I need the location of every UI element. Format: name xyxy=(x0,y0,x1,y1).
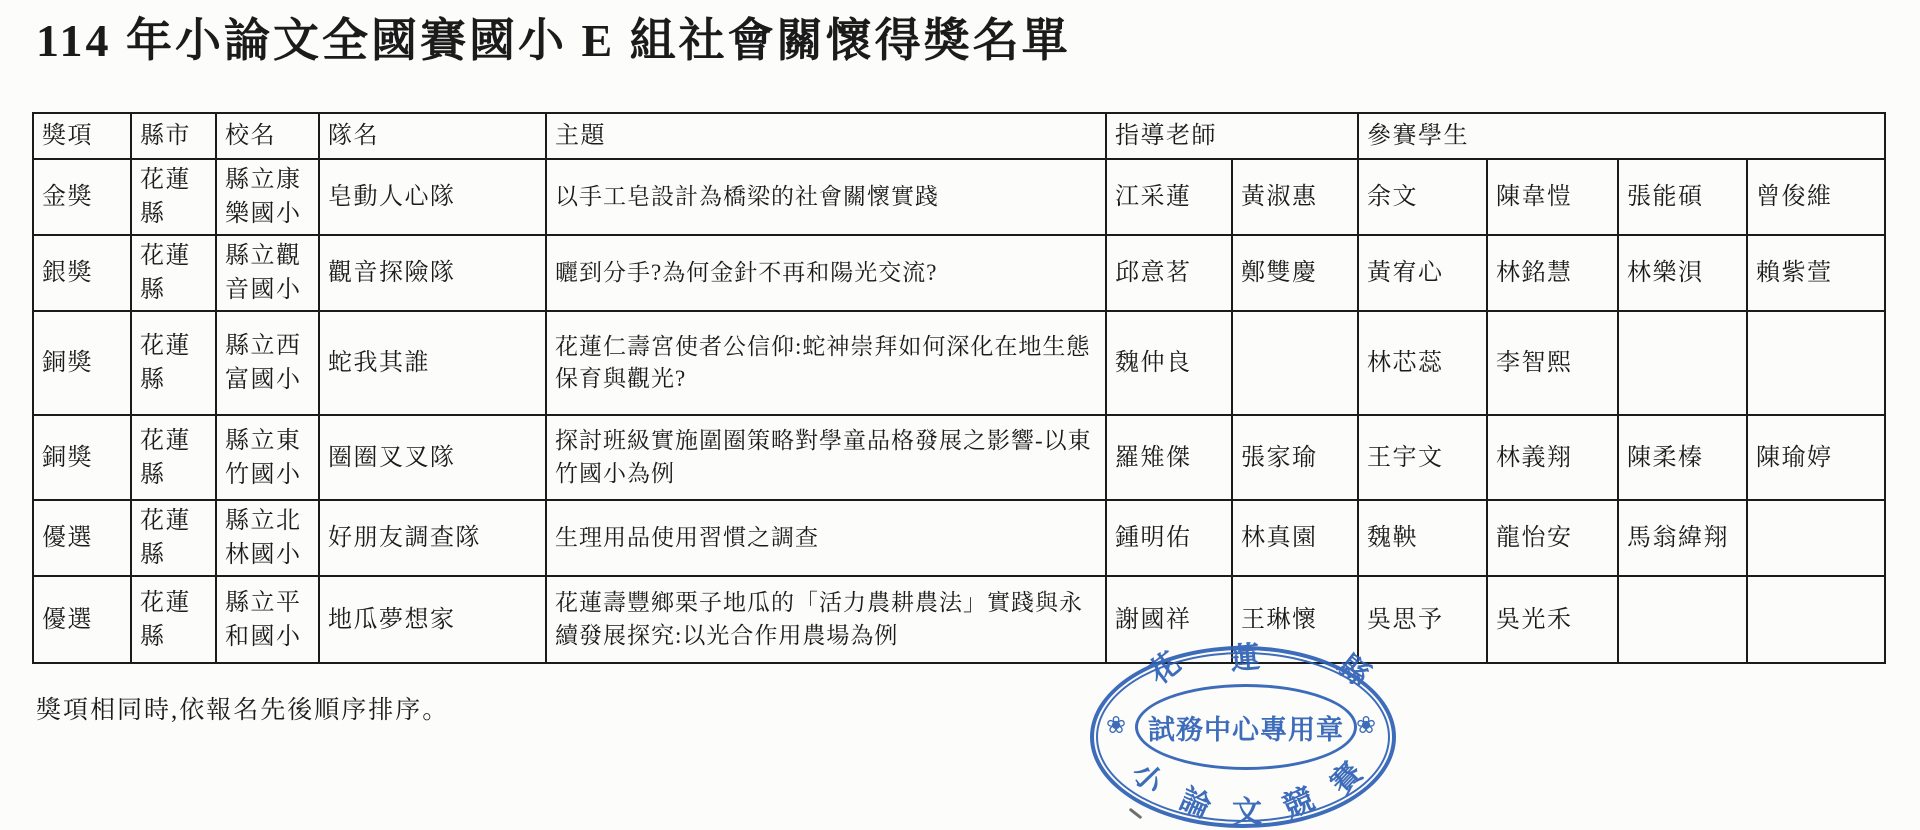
cell-school: 縣立康樂國小 xyxy=(216,159,319,235)
cell-school: 縣立平和國小 xyxy=(216,576,319,663)
stamp-arc-top-char-2: 蓮 xyxy=(1229,643,1262,676)
cell-county: 花蓮縣 xyxy=(131,235,216,311)
table-row: 銅獎 花蓮縣 縣立西富國小 蛇我其誰 花蓮仁壽宮使者公信仰:蛇神崇拜如何深化在地… xyxy=(33,311,1885,415)
official-stamp: 花 蓮 縣 ❀ ❀ 試務中心專用章 小 論 文 競 賽 xyxy=(1090,646,1396,828)
cell-county: 花蓮縣 xyxy=(131,311,216,415)
flower-icon: ❀ xyxy=(1106,714,1126,738)
cell-student-4: 陳瑜婷 xyxy=(1747,415,1885,500)
sorting-footnote: 獎項相同時,依報名先後順序排序。 xyxy=(36,690,449,726)
scanned-document-page: 114 年小論文全國賽國小 E 組社會關懷得獎名單 獎項 縣市 校名 隊名 主題… xyxy=(0,0,1920,830)
flower-icon: ❀ xyxy=(1356,714,1376,738)
table-row: 優選 花蓮縣 縣立平和國小 地瓜夢想家 花蓮壽豐鄉栗子地瓜的「活力農耕農法」實踐… xyxy=(33,576,1885,663)
cell-county: 花蓮縣 xyxy=(131,500,216,576)
cell-county: 花蓮縣 xyxy=(131,415,216,500)
cell-team: 圈圈叉叉隊 xyxy=(319,415,546,500)
table-row: 銀獎 花蓮縣 縣立觀音國小 觀音探險隊 曬到分手?為何金針不再和陽光交流? 邱意… xyxy=(33,235,1885,311)
cell-student-2: 吳光禾 xyxy=(1487,576,1618,663)
cell-teacher-1: 邱意茗 xyxy=(1106,235,1232,311)
cell-school: 縣立北林國小 xyxy=(216,500,319,576)
cell-award: 銅獎 xyxy=(33,415,131,500)
cell-topic: 生理用品使用習慣之調查 xyxy=(546,500,1106,576)
cell-award: 銀獎 xyxy=(33,235,131,311)
cell-county: 花蓮縣 xyxy=(131,576,216,663)
cell-student-2: 龍怡安 xyxy=(1487,500,1618,576)
cell-student-1: 王宇文 xyxy=(1358,415,1487,500)
cell-award: 金獎 xyxy=(33,159,131,235)
cell-teacher-1: 羅雉傑 xyxy=(1106,415,1232,500)
cell-student-2: 李智熙 xyxy=(1487,311,1618,415)
cell-student-2: 陳韋愷 xyxy=(1487,159,1618,235)
table-row: 優選 花蓮縣 縣立北林國小 好朋友調查隊 生理用品使用習慣之調查 鍾明佑 林真園… xyxy=(33,500,1885,576)
cell-teacher-2 xyxy=(1232,311,1358,415)
header-students: 參賽學生 xyxy=(1358,113,1885,159)
table-header-row: 獎項 縣市 校名 隊名 主題 指導老師 參賽學生 xyxy=(33,113,1885,159)
table-row: 銅獎 花蓮縣 縣立東竹國小 圈圈叉叉隊 探討班級實施圍圈策略對學童品格發展之影響… xyxy=(33,415,1885,500)
cell-team: 皂動人心隊 xyxy=(319,159,546,235)
cell-award: 優選 xyxy=(33,500,131,576)
cell-school: 縣立西富國小 xyxy=(216,311,319,415)
header-topic: 主題 xyxy=(546,113,1106,159)
cell-teacher-2: 鄭雙慶 xyxy=(1232,235,1358,311)
cell-team: 蛇我其誰 xyxy=(319,311,546,415)
cell-student-4 xyxy=(1747,311,1885,415)
cell-school: 縣立東竹國小 xyxy=(216,415,319,500)
page-title: 114 年小論文全國賽國小 E 組社會關懷得獎名單 xyxy=(36,4,1071,70)
cell-topic: 以手工皂設計為橋梁的社會關懷實踐 xyxy=(546,159,1106,235)
cell-student-4 xyxy=(1747,500,1885,576)
cell-student-3: 林樂浿 xyxy=(1618,235,1747,311)
cell-team: 觀音探險隊 xyxy=(319,235,546,311)
cell-student-4: 曾俊維 xyxy=(1747,159,1885,235)
cell-teacher-2: 林真園 xyxy=(1232,500,1358,576)
cell-student-1: 魏鞅 xyxy=(1358,500,1487,576)
header-award: 獎項 xyxy=(33,113,131,159)
cell-team: 好朋友調查隊 xyxy=(319,500,546,576)
cell-award: 銅獎 xyxy=(33,311,131,415)
cell-student-3 xyxy=(1618,311,1747,415)
cell-student-4 xyxy=(1747,576,1885,663)
cell-student-3: 馬翁緯翔 xyxy=(1618,500,1747,576)
stamp-center-oval: 試務中心專用章 xyxy=(1135,684,1357,770)
cell-teacher-1: 江采蓮 xyxy=(1106,159,1232,235)
cell-student-1: 林芯蕊 xyxy=(1358,311,1487,415)
header-county: 縣市 xyxy=(131,113,216,159)
cell-student-3: 張能碩 xyxy=(1618,159,1747,235)
cell-student-1: 余文 xyxy=(1358,159,1487,235)
cell-topic: 探討班級實施圍圈策略對學童品格發展之影響-以東竹國小為例 xyxy=(546,415,1106,500)
cell-topic: 曬到分手?為何金針不再和陽光交流? xyxy=(546,235,1106,311)
cell-teacher-2: 張家瑜 xyxy=(1232,415,1358,500)
cell-team: 地瓜夢想家 xyxy=(319,576,546,663)
cell-topic: 花蓮壽豐鄉栗子地瓜的「活力農耕農法」實踐與永續發展探究:以光合作用農場為例 xyxy=(546,576,1106,663)
cell-topic: 花蓮仁壽宮使者公信仰:蛇神崇拜如何深化在地生態保育與觀光? xyxy=(546,311,1106,415)
cell-teacher-1: 魏仲良 xyxy=(1106,311,1232,415)
header-school: 校名 xyxy=(216,113,319,159)
cell-school: 縣立觀音國小 xyxy=(216,235,319,311)
award-results-table: 獎項 縣市 校名 隊名 主題 指導老師 參賽學生 金獎 花蓮縣 縣立康樂國小 皂… xyxy=(32,112,1886,664)
cell-student-4: 賴紫萱 xyxy=(1747,235,1885,311)
cell-teacher-2: 黃淑惠 xyxy=(1232,159,1358,235)
stamp-arc-bottom-char-3: 文 xyxy=(1232,798,1262,828)
stamp-center-text: 試務中心專用章 xyxy=(1148,708,1344,747)
cell-student-3 xyxy=(1618,576,1747,663)
cell-award: 優選 xyxy=(33,576,131,663)
cell-student-2: 林銘慧 xyxy=(1487,235,1618,311)
cell-student-2: 林義翔 xyxy=(1487,415,1618,500)
cell-teacher-1: 鍾明佑 xyxy=(1106,500,1232,576)
cell-student-1: 黃宥心 xyxy=(1358,235,1487,311)
cell-student-3: 陳柔榛 xyxy=(1618,415,1747,500)
header-teachers: 指導老師 xyxy=(1106,113,1358,159)
header-team: 隊名 xyxy=(319,113,546,159)
table-row: 金獎 花蓮縣 縣立康樂國小 皂動人心隊 以手工皂設計為橋梁的社會關懷實踐 江采蓮… xyxy=(33,159,1885,235)
cell-county: 花蓮縣 xyxy=(131,159,216,235)
